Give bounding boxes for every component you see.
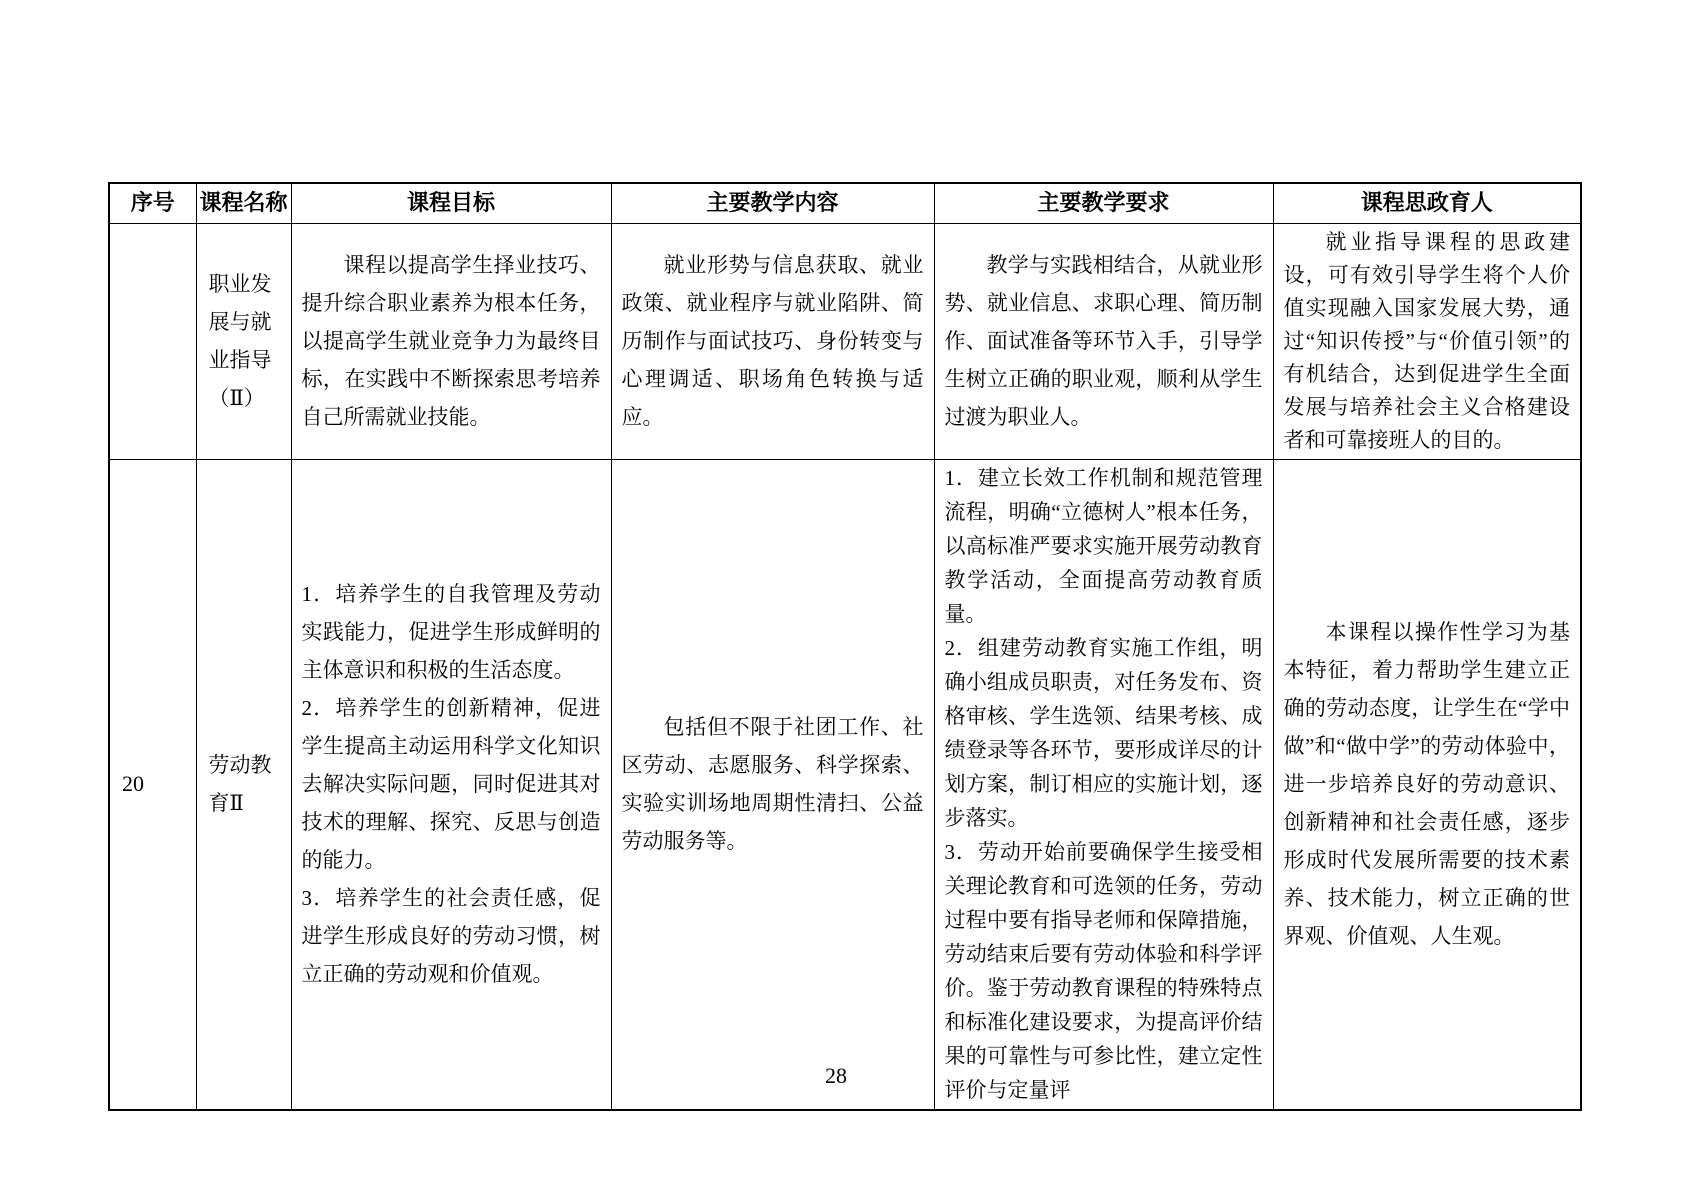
cell-objectives: 课程以提高学生择业技巧、提升综合职业素养为根本任务，以提高学生就业竞争力为最终目… (291, 223, 611, 459)
table-row-labor-education: 20 劳动教育Ⅱ 1．培养学生的自我管理及劳动实践能力，促进学生形成鲜明的主体意… (109, 459, 1581, 1110)
cell-ideology: 本课程以操作性学习为基本特征，着力帮助学生建立正确的劳动态度，让学生在“学中做”… (1273, 459, 1581, 1110)
cell-objectives: 1．培养学生的自我管理及劳动实践能力，促进学生形成鲜明的主体意识和积极的生活态度… (291, 459, 611, 1110)
header-course-name: 课程名称 (196, 183, 291, 223)
table-header-row: 序号 课程名称 课程目标 主要教学内容 主要教学要求 课程思政育人 (109, 183, 1581, 223)
course-table: 序号 课程名称 课程目标 主要教学内容 主要教学要求 课程思政育人 职业发展与就… (108, 182, 1582, 1111)
table-row-career-guidance: 职业发展与就业指导（Ⅱ） 课程以提高学生择业技巧、提升综合职业素养为根本任务，以… (109, 223, 1581, 459)
header-seq: 序号 (109, 183, 196, 223)
header-content: 主要教学内容 (611, 183, 934, 223)
cell-ideology: 就业指导课程的思政建设，可有效引导学生将个人价值实现融入国家发展大势，通过“知识… (1273, 223, 1581, 459)
cell-course-name: 职业发展与就业指导（Ⅱ） (196, 223, 291, 459)
cell-seq (109, 223, 196, 459)
cell-seq: 20 (109, 459, 196, 1110)
cell-requirements: 教学与实践相结合，从就业形势、就业信息、求职心理、简历制作、面试准备等环节入手，… (934, 223, 1273, 459)
document-page: 序号 课程名称 课程目标 主要教学内容 主要教学要求 课程思政育人 职业发展与就… (0, 0, 1684, 1191)
cell-course-name: 劳动教育Ⅱ (196, 459, 291, 1110)
header-ideology: 课程思政育人 (1273, 183, 1581, 223)
cell-content: 就业形势与信息获取、就业政策、就业程序与就业陷阱、简历制作与面试技巧、身份转变与… (611, 223, 934, 459)
header-requirements: 主要教学要求 (934, 183, 1273, 223)
page-number: 28 (0, 1063, 1672, 1089)
cell-requirements: 1．建立长效工作机制和规范管理流程，明确“立德树人”根本任务，以高标准严要求实施… (934, 459, 1273, 1110)
header-objectives: 课程目标 (291, 183, 611, 223)
cell-content: 包括但不限于社团工作、社区劳动、志愿服务、科学探索、实验实训场地周期性清扫、公益… (611, 459, 934, 1110)
